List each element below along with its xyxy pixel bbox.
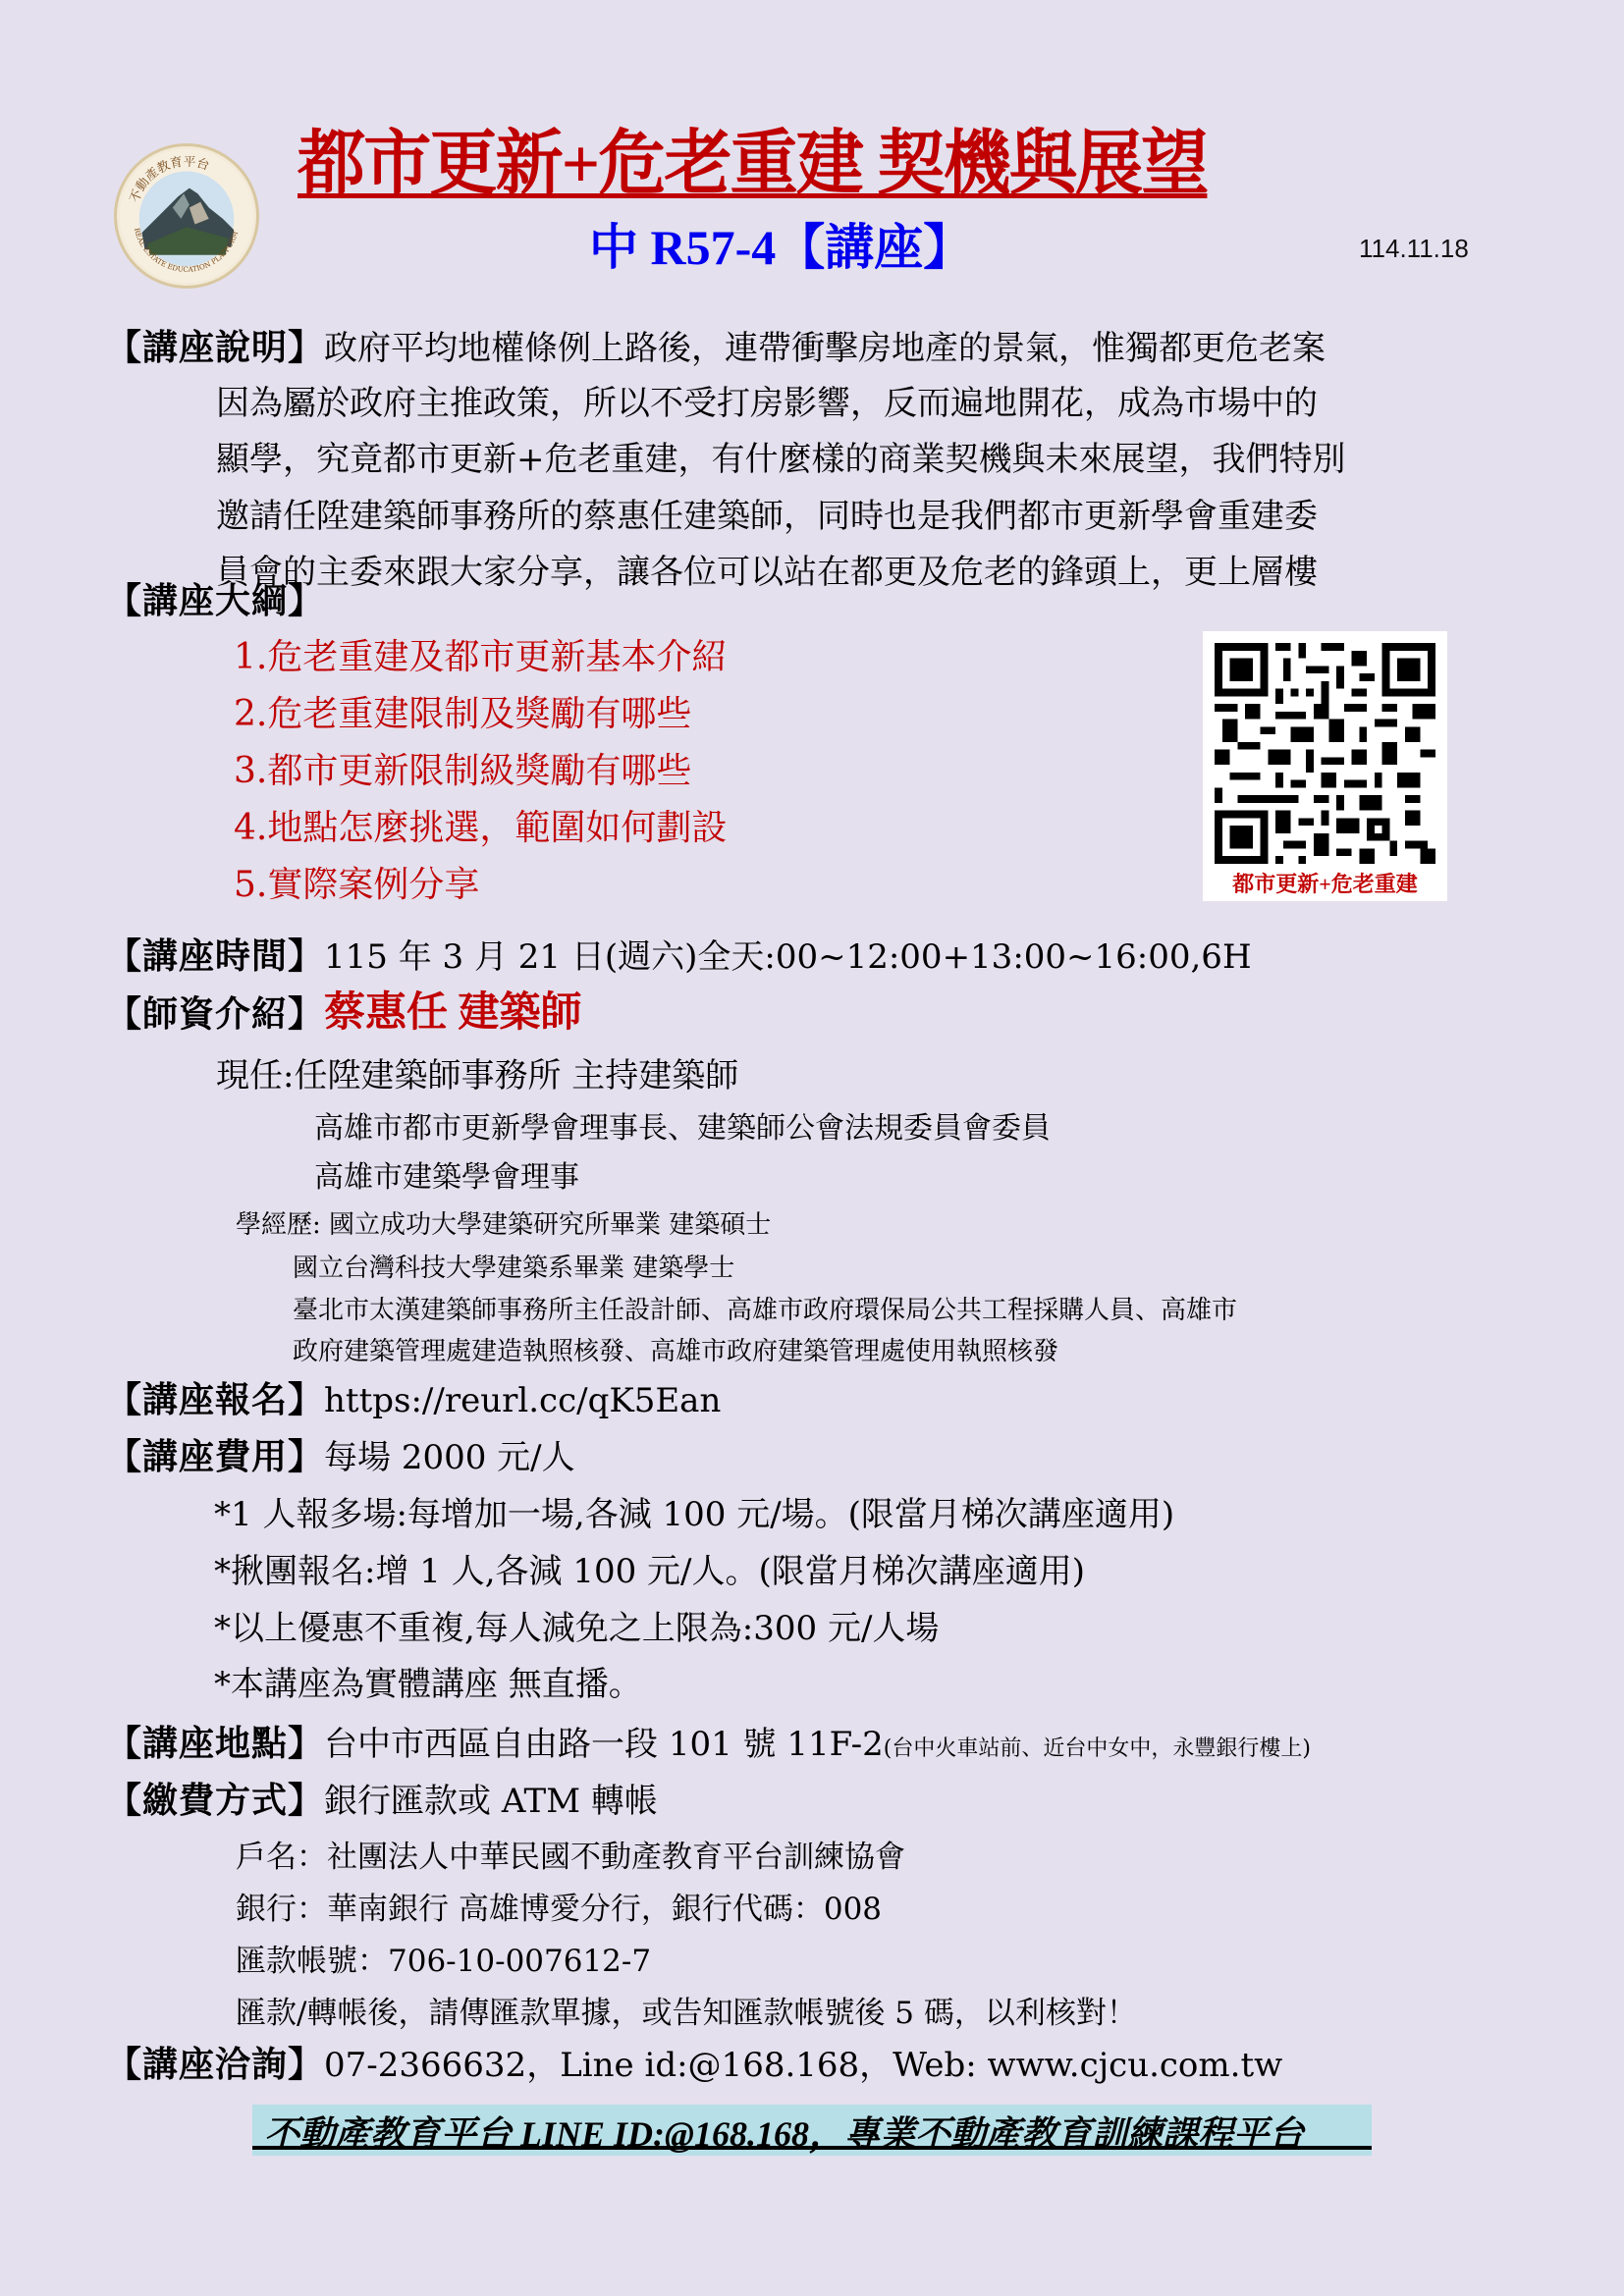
fee-note: *本講座為實體講座 無直播。 — [214, 1663, 642, 1706]
publish-date: 114.11.18 — [1359, 234, 1469, 264]
payment-detail: 戶名：社團法人中華民國不動產教育平台訓練協會 — [236, 1836, 905, 1879]
payment-detail: 匯款帳號：706-10-007612-7 — [236, 1940, 651, 1983]
fee-row: 【講座費用】每場 2000 元/人 — [106, 1435, 575, 1479]
section-label-contact: 【講座洽詢】 — [106, 2044, 324, 2085]
outline-item: 5.實際案例分享 — [234, 864, 479, 907]
instructor-current: 高雄市都市更新學會理事長、建築師公會法規委員會委員 — [314, 1111, 1051, 1147]
contact-row: 【講座洽詢】07-2366632，Line id:@168.168，Web: w… — [106, 2043, 1282, 2087]
instructor-current: 高雄市建築學會理事 — [314, 1160, 579, 1196]
outline-item: 2.危老重建限制及獎勵有哪些 — [234, 693, 691, 736]
schedule-value: 115 年 3 月 21 日(週六)全天:00~12:00+13:00~16:0… — [324, 937, 1252, 977]
registration-link[interactable]: https://reurl.cc/qK5Ean — [324, 1381, 721, 1420]
section-label-fee: 【講座費用】 — [106, 1436, 324, 1477]
schedule-row: 【講座時間】115 年 3 月 21 日(週六)全天:00~12:00+13:0… — [106, 934, 1252, 979]
instructor-education: 臺北市太漢建築師事務所主任設計師、高雄市政府環保局公共工程採購人員、高雄市 — [293, 1293, 1237, 1328]
footer-banner: 不動產教育平台 LINE ID:@168.168，專業不動產教育訓練課程平台 — [252, 2105, 1372, 2156]
section-label-payment: 【繳費方式】 — [106, 1780, 324, 1821]
outline-item: 4.地點怎麼挑選，範圍如何劃設 — [234, 807, 727, 850]
section-label-outline: 【講座大綱】 — [106, 579, 324, 623]
section-label-description: 【講座說明】 — [106, 327, 324, 368]
qr-code-icon — [1215, 643, 1435, 864]
payment-detail: 匯款/轉帳後，請傳匯款單據，或告知匯款帳號後 5 碼，以利核對！ — [236, 1992, 1137, 2035]
payment-detail: 銀行：華南銀行 高雄博愛分行，銀行代碼：008 — [236, 1888, 882, 1931]
fee-value: 每場 2000 元/人 — [324, 1438, 575, 1477]
instructor-education: 國立台灣科技大學建築系畢業 建築學士 — [293, 1251, 734, 1286]
description-line: 顯學，究竟都市更新+危老重建，有什麼樣的商業契機與未來展望，我們特別 — [216, 438, 1346, 481]
instructor-name: 蔡惠任 建築師 — [324, 990, 582, 1036]
outline-item: 1.危老重建及都市更新基本介紹 — [234, 636, 727, 679]
description-row-1: 【講座說明】政府平均地權條例上路後，連帶衝擊房地產的景氣，惟獨都更危老案 — [106, 326, 1326, 370]
section-label-schedule: 【講座時間】 — [106, 935, 324, 977]
instructor-row: 【師資介紹】蔡惠任 建築師 — [106, 991, 582, 1037]
section-label-location: 【講座地點】 — [106, 1723, 324, 1764]
location-note: (台中火車站前、近台中女中，永豐銀行樓上) — [884, 1736, 1311, 1761]
qr-code-card[interactable]: 都市更新+危老重建 — [1203, 631, 1447, 901]
fee-note: *以上優惠不重複,每人減免之上限為:300 元/人場 — [214, 1607, 939, 1650]
location-row: 【講座地點】台中市西區自由路一段 101 號 11F-2(台中火車站前、近台中女… — [106, 1722, 1311, 1771]
instructor-education: 政府建築管理處建造執照核發、高雄市政府建築管理處使用執照核發 — [293, 1334, 1058, 1369]
fee-note: *1 人報多場:每增加一場,各減 100 元/場。(限當月梯次講座適用) — [214, 1493, 1174, 1536]
section-label-instructor: 【師資介紹】 — [106, 993, 324, 1035]
instructor-education: 學經歷: 國立成功大學建築研究所畢業 建築碩士 — [236, 1207, 771, 1243]
location-address: 台中市西區自由路一段 101 號 11F-2 — [324, 1725, 884, 1764]
fee-note: *揪團報名:增 1 人,各減 100 元/人。(限當月梯次講座適用) — [214, 1550, 1085, 1593]
qr-caption: 都市更新+危老重建 — [1215, 868, 1435, 898]
payment-method: 銀行匯款或 ATM 轉帳 — [324, 1782, 658, 1821]
contact-value: 07-2366632，Line id:@168.168，Web: www.cjc… — [324, 2046, 1282, 2085]
registration-row: 【講座報名】https://reurl.cc/qK5Ean — [106, 1378, 721, 1422]
description-line: 政府平均地權條例上路後，連帶衝擊房地產的景氣，惟獨都更危老案 — [324, 329, 1326, 368]
instructor-current: 現任:任陞建築師事務所 主持建築師 — [216, 1054, 738, 1097]
section-label-registration: 【講座報名】 — [106, 1379, 324, 1420]
description-line: 因為屬於政府主推政策，所以不受打房影響，反而遍地開花，成為市場中的 — [216, 382, 1318, 425]
description-line: 邀請任陞建築師事務所的蔡惠任建築師，同時也是我們都市更新學會重建委 — [216, 495, 1318, 538]
course-code: 中 R57-4【講座】 — [589, 208, 972, 279]
payment-row: 【繳費方式】銀行匯款或 ATM 轉帳 — [106, 1779, 658, 1823]
page-title: 都市更新+危老重建 契機與展望 — [298, 106, 1207, 208]
mountain-logo-icon: 不動產教育平台 REAL ESTATE EDUCATION PLATFORM — [114, 143, 259, 289]
description-line: 員會的主委來跟大家分享，讓各位可以站在都更及危老的鋒頭上，更上層樓 — [216, 551, 1318, 594]
footer-banner-underline — [252, 2146, 1372, 2150]
outline-item: 3.都市更新限制級獎勵有哪些 — [234, 750, 691, 793]
